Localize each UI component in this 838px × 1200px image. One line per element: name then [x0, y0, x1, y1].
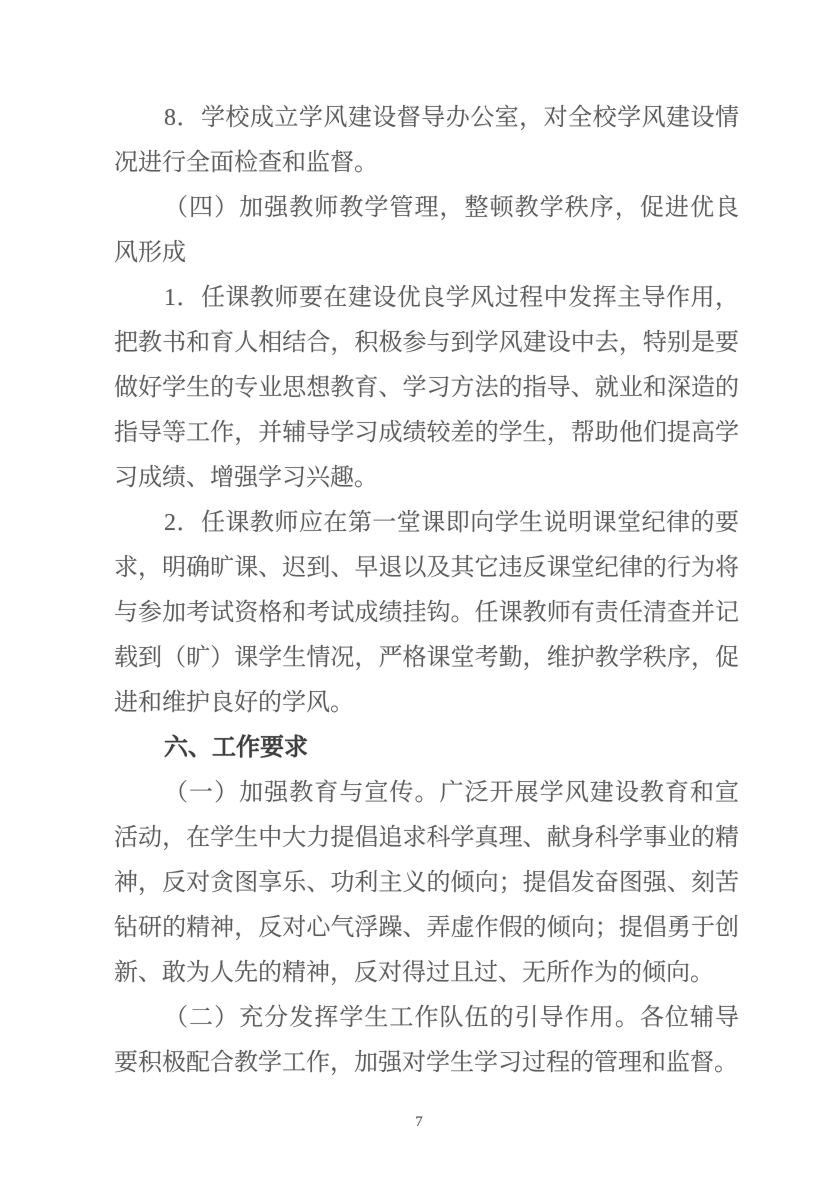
text-line: 钻研的精神，反对心气浮躁、弄虚作假的倾向；提倡勇于创	[114, 906, 739, 951]
text-line: 要积极配合教学工作，加强对学生学习过程的管理和监督。	[114, 1041, 739, 1086]
section-heading: 六、工作要求	[114, 726, 739, 771]
text-line: 与参加考试资格和考试成绩挂钩。任课教师有责任清查并记	[114, 591, 739, 636]
text-line: （二）充分发挥学生工作队伍的引导作用。各位辅导员	[114, 996, 739, 1041]
document-body: 8．学校成立学风建设督导办公室，对全校学风建设情况进行全面检查和监督。（四）加强…	[114, 96, 739, 1086]
text-line: 载到（旷）课学生情况，严格课堂考勤，维护教学秩序，促	[114, 636, 739, 681]
text-line: 8．学校成立学风建设督导办公室，对全校学风建设情	[114, 96, 739, 141]
text-line: （四）加强教师教学管理，整顿教学秩序，促进优良学	[114, 186, 739, 231]
text-line: 1．任课教师要在建设优良学风过程中发挥主导作用，	[114, 276, 739, 321]
text-line: 风形成	[114, 231, 739, 276]
text-line: 2．任课教师应在第一堂课即向学生说明课堂纪律的要	[114, 501, 739, 546]
text-line: 新、敢为人先的精神，反对得过且过、无所作为的倾向。	[114, 951, 739, 996]
text-line: 做好学生的专业思想教育、学习方法的指导、就业和深造的	[114, 366, 739, 411]
text-line: 进和维护良好的学风。	[114, 681, 739, 726]
text-line: 况进行全面检查和监督。	[114, 141, 739, 186]
page-number: 7	[0, 1110, 838, 1134]
text-line: 指导等工作，并辅导学习成绩较差的学生，帮助他们提高学	[114, 411, 739, 456]
text-line: 把教书和育人相结合，积极参与到学风建设中去，特别是要	[114, 321, 739, 366]
scanned-document-page: 8．学校成立学风建设督导办公室，对全校学风建设情况进行全面检查和监督。（四）加强…	[0, 0, 838, 1200]
text-line: 习成绩、增强学习兴趣。	[114, 456, 739, 501]
text-line: 活动，在学生中大力提倡追求科学真理、献身科学事业的精	[114, 816, 739, 861]
text-line: 求，明确旷课、迟到、早退以及其它违反课堂纪律的行为将	[114, 546, 739, 591]
text-line: （一）加强教育与宣传。广泛开展学风建设教育和宣传	[114, 771, 739, 816]
text-line: 神，反对贪图享乐、功利主义的倾向；提倡发奋图强、刻苦	[114, 861, 739, 906]
